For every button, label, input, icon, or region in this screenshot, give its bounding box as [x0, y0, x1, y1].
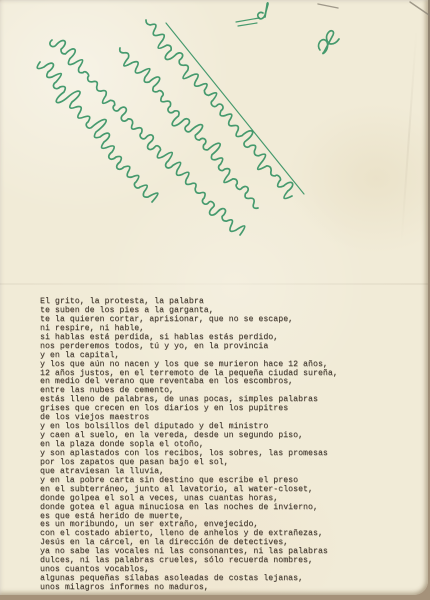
mark-double-underline — [236, 18, 259, 26]
word-de — [319, 31, 339, 54]
mark-letter-d — [258, 3, 268, 19]
handwriting-underline-stroke — [166, 23, 304, 194]
corner-pencil-line — [410, 2, 429, 15]
mark-dash — [318, 4, 338, 8]
scanned-page: El grito, la protesta, la palabrate sube… — [0, 0, 430, 600]
handwriting-layer — [0, 0, 430, 600]
